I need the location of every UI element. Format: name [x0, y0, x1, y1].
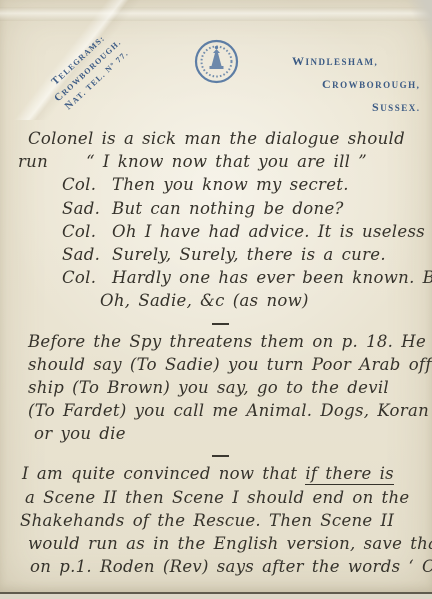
handwritten-line: I am quite convinced now that if there i… — [22, 464, 432, 487]
handwritten-line: a Scene II then Scene I should end on th… — [25, 488, 432, 511]
speaker-label: Col. — [62, 222, 104, 241]
dialogue-text: Hardly one has ever been known. But — [112, 268, 432, 287]
handwritten-letter-body: Colonel is a sick man the dialogue shoul… — [0, 129, 432, 580]
dialogue-row: Sad. Surely, Surely, there is a cure. — [62, 245, 432, 268]
separator-dash — [212, 455, 229, 457]
handwritten-line: or you die — [34, 424, 432, 447]
letter-photograph: TELEGRAMS: CROWBOROUGH. NAT. TEL. Nº 77.… — [0, 0, 432, 599]
handwritten-line: Shakehands of the Rescue. Then Scene II — [20, 511, 432, 534]
address-line: SUSSEX. — [372, 102, 427, 114]
dialogue-row: Sad. But can nothing be done? — [62, 199, 432, 222]
speaker-label: Sad. — [62, 199, 104, 218]
separator-row — [0, 315, 432, 332]
address-line: CROWBOROUGH, — [322, 79, 427, 91]
separator-row — [0, 447, 432, 464]
line-text: I am quite convinced now that — [22, 464, 305, 483]
dialogue-text: Oh I have had advice. It is useless — [112, 222, 425, 241]
paper-bottom-edge — [0, 594, 432, 599]
dialogue-row: Col. Oh I have had advice. It is useless — [62, 222, 432, 245]
dialogue-text: Surely, Surely, there is a cure. — [112, 245, 386, 264]
handwritten-line: on p.1. Roden (Rev) says after the words… — [30, 557, 432, 580]
speaker-label: Col. — [62, 175, 104, 194]
handwritten-line: ship (To Brown) you say, go to the devil — [28, 378, 432, 401]
handwritten-line: (To Fardet) you call me Animal. Dogs, Ko… — [28, 401, 432, 424]
handwritten-line: Colonel is a sick man the dialogue shoul… — [28, 129, 432, 152]
speaker-label: Col. — [62, 268, 104, 287]
handwritten-line: Before the Spy threatens them on p. 18. … — [28, 332, 432, 355]
dialogue-row: Col. Hardly one has ever been known. But — [62, 268, 432, 291]
separator-dash — [212, 323, 229, 325]
dialogue-text: Then you know my secret. — [112, 175, 349, 194]
address-line: WINDLESHAM, — [292, 56, 427, 68]
embossed-seal-icon — [194, 39, 239, 84]
handwritten-line: would run as in the English version, sav… — [28, 534, 432, 557]
speaker-label: Sad. — [62, 245, 104, 264]
handwritten-line: run “ I know now that you are ill ” — [0, 152, 432, 175]
dialogue-text: But can nothing be done? — [112, 199, 344, 218]
dialogue-row: Col. Then you know my secret. — [62, 175, 432, 198]
run-word: run — [18, 152, 48, 171]
quoted-dialogue: “ I know now that you are ill ” — [86, 152, 367, 171]
dialogue-continuation: Oh, Sadie, &c (as now) — [100, 291, 432, 314]
underlined-phrase: if there is — [305, 464, 394, 485]
address-letterhead: WINDLESHAM, CROWBOROUGH, SUSSEX. — [292, 56, 427, 114]
handwritten-line: should say (To Sadie) you turn Poor Arab… — [28, 355, 432, 378]
